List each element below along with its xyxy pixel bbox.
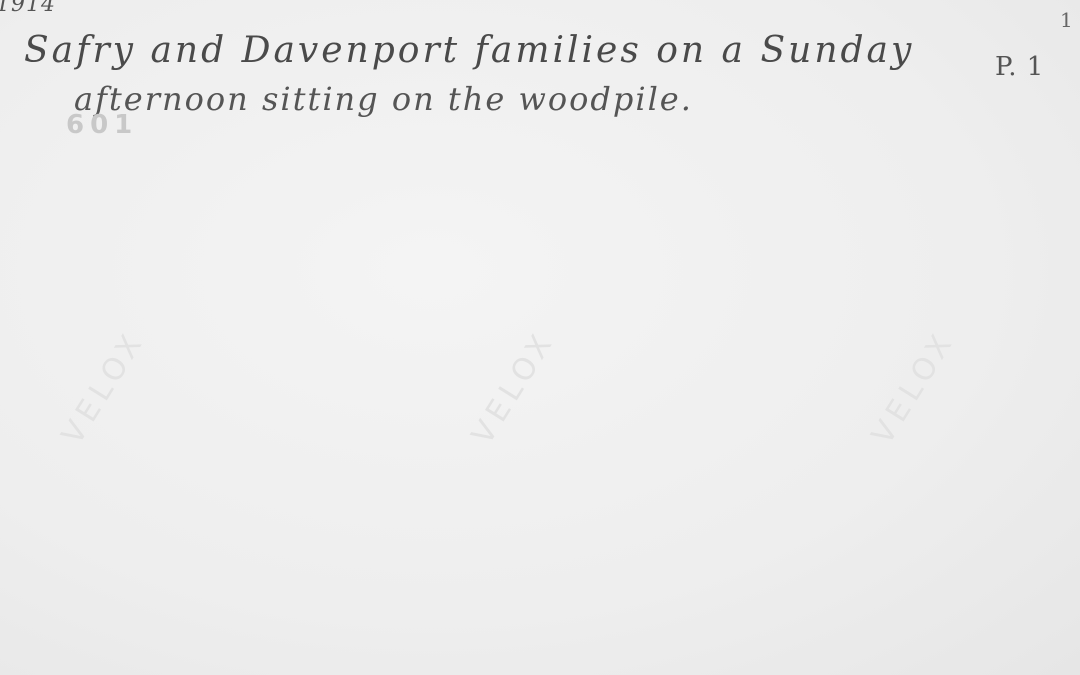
corner-number: 1 bbox=[1060, 8, 1074, 32]
year-annotation: 1914 bbox=[0, 0, 56, 17]
stamp-number: 601 bbox=[66, 110, 138, 140]
caption-line-1: Safry and Davenport families on a Sunday bbox=[24, 30, 914, 71]
caption-line-2: afternoon sitting on the woodpile. bbox=[74, 80, 693, 118]
page-reference: P. 1 bbox=[995, 52, 1044, 82]
